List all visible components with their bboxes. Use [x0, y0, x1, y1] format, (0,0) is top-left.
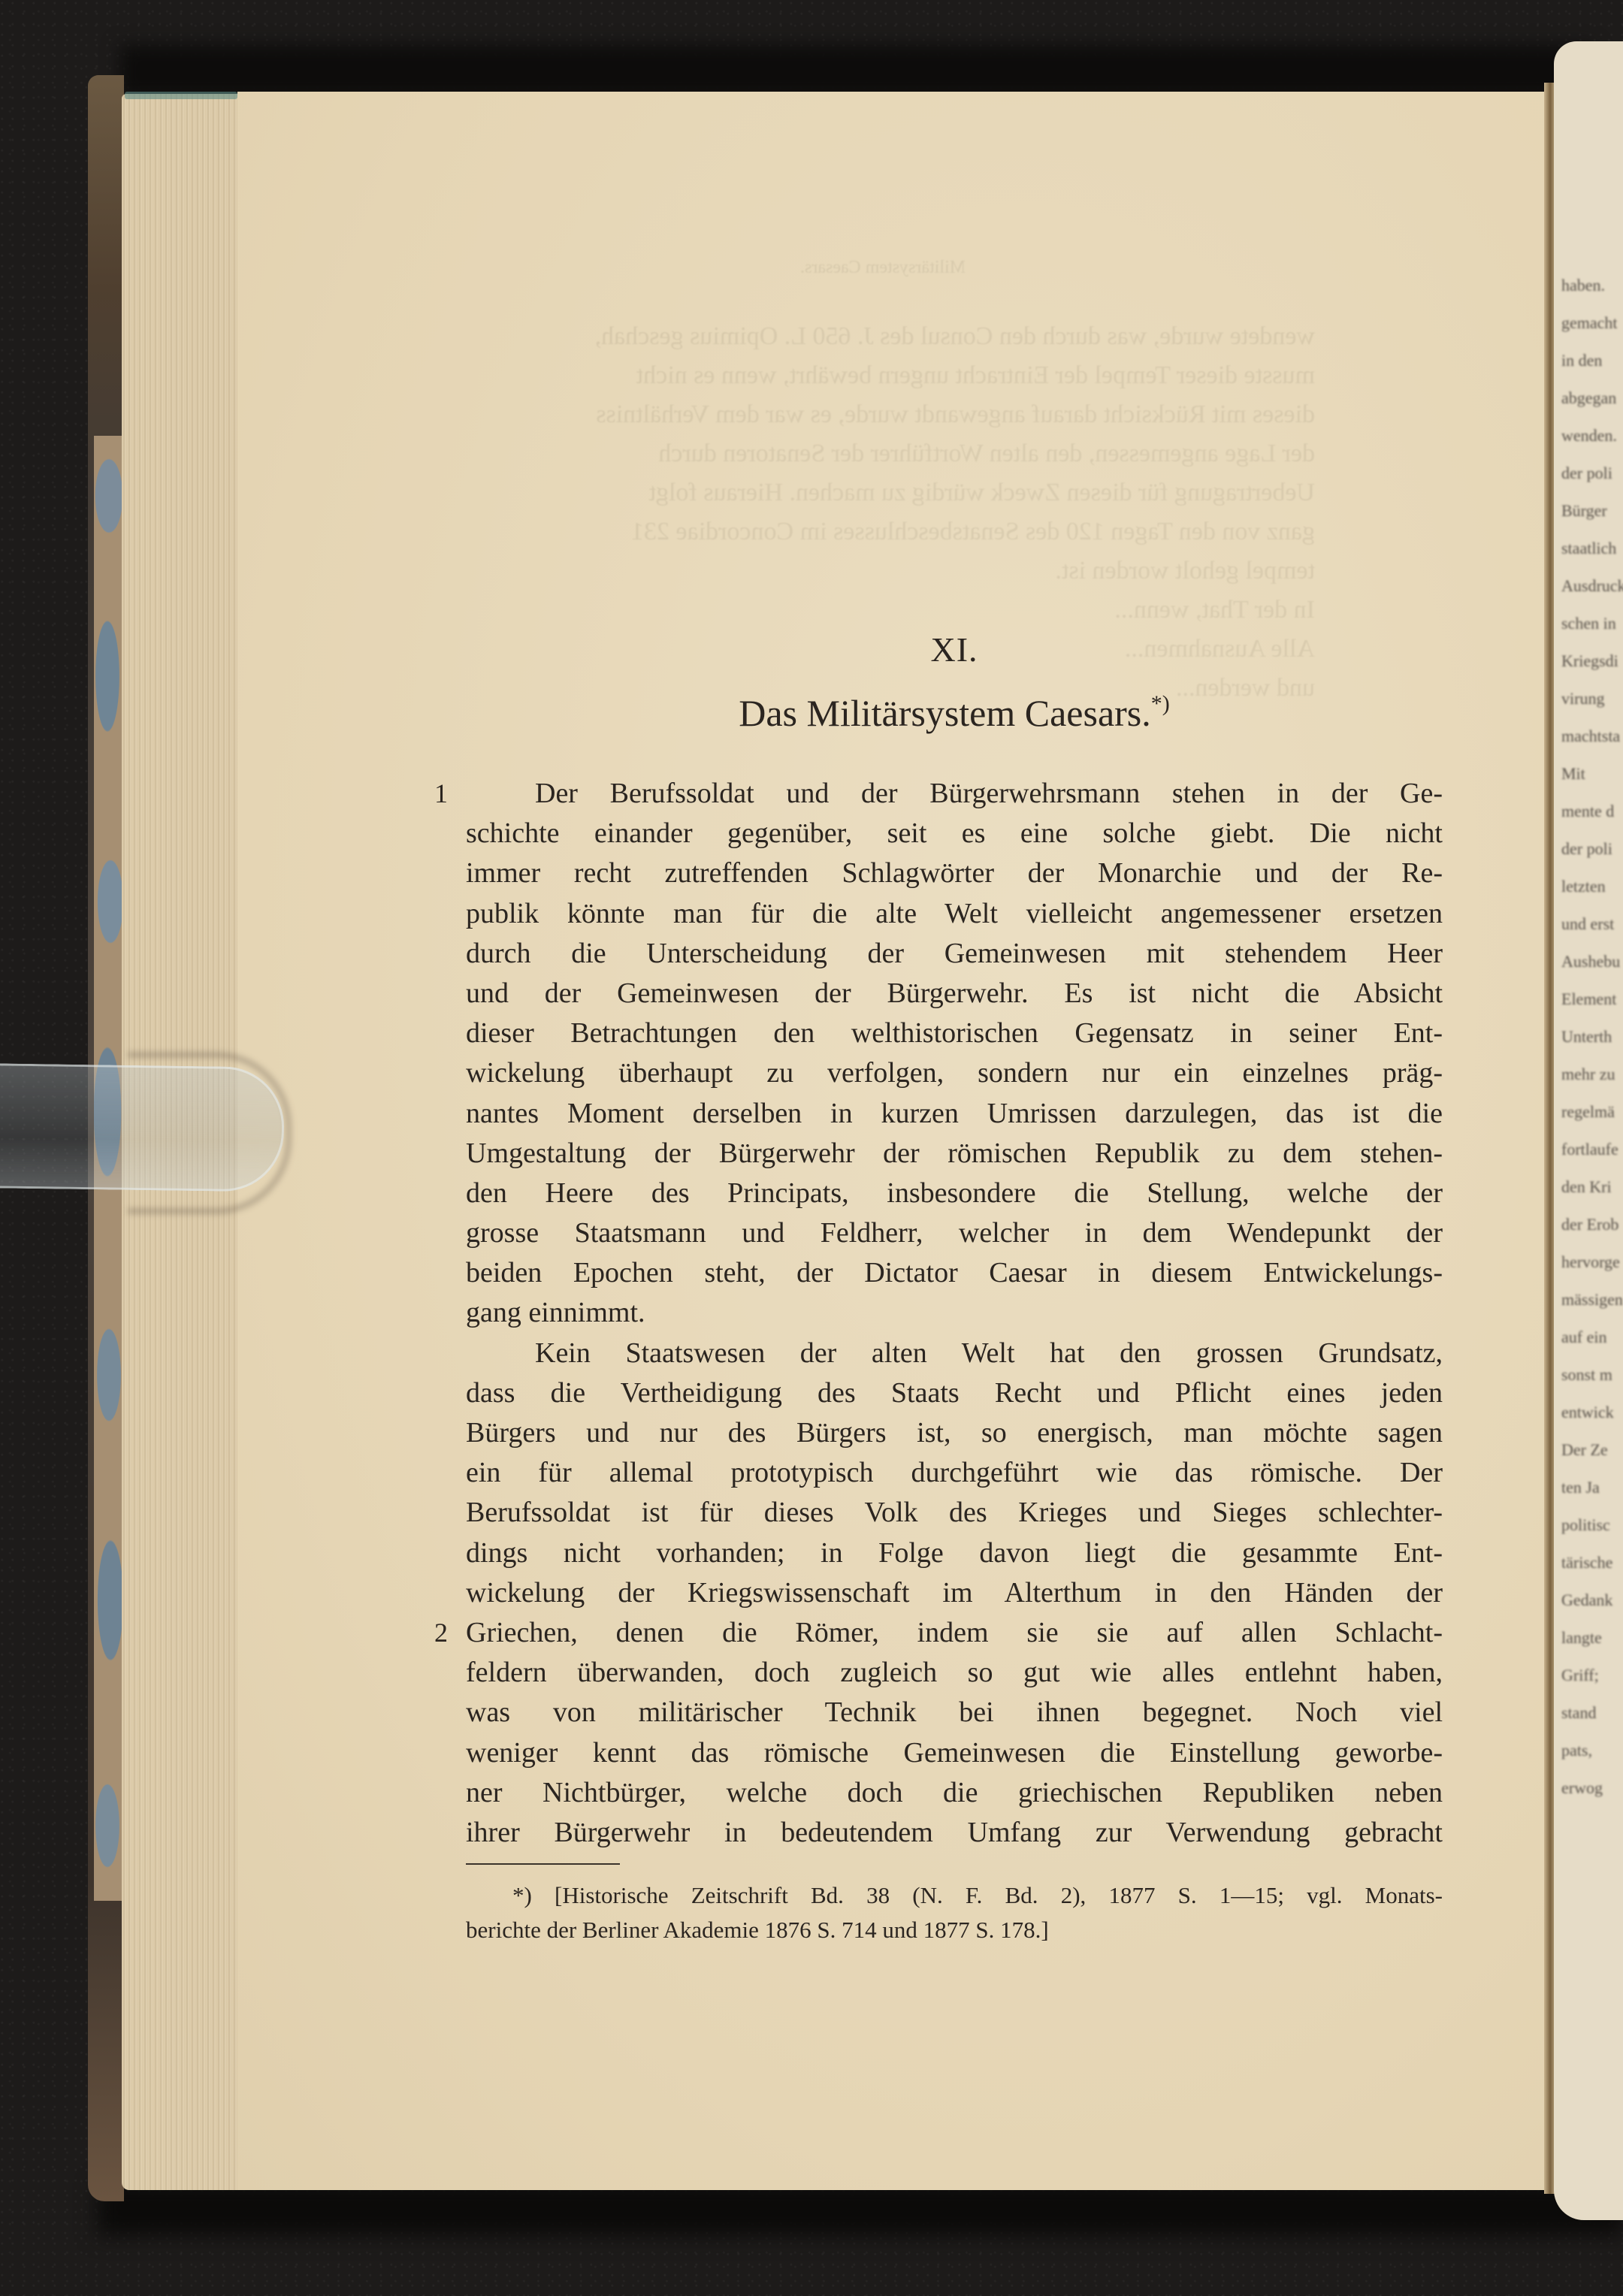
next-page-fragment: mente d — [1561, 793, 1623, 830]
book-shadow-bottom — [98, 2183, 1623, 2235]
next-page: haben.gemachtin denabgeganwenden.der pol… — [1554, 41, 1623, 2220]
text-line: dass die Vertheidigung des Staats Recht … — [466, 1373, 1443, 1413]
next-page-fragment: staatlich — [1561, 530, 1623, 567]
next-page-fragment: letzten — [1561, 868, 1623, 905]
next-page-fragment: politisc — [1561, 1506, 1623, 1544]
next-page-fragment: Bürger — [1561, 492, 1623, 530]
next-page-fragment: wenden. — [1561, 417, 1623, 455]
text-line: schichte einander gegenüber, seit es ein… — [466, 814, 1443, 853]
next-page-fragment: pats, — [1561, 1732, 1623, 1769]
text-line: Bürgers und nur des Bürgers ist, so ener… — [466, 1413, 1443, 1453]
next-page-fragment: der Erob — [1561, 1206, 1623, 1243]
next-page-fragment: Gedank — [1561, 1582, 1623, 1619]
text-line: Kein Staatswesen der alten Welt hat den … — [466, 1334, 1443, 1373]
text-line: wickelung der Kriegswissenschaft im Alte… — [466, 1573, 1443, 1613]
text-line: gang einnimmt. — [466, 1293, 1443, 1333]
text-line: und der Gemeinwesen der Bürgerwehr. Es i… — [466, 974, 1443, 1014]
text-line: was von militärischer Technik bei ihnen … — [466, 1693, 1443, 1733]
margin-line-number: 2 — [434, 1613, 448, 1653]
next-page-fragment: gemacht — [1561, 304, 1623, 342]
text-line: durch die Unterscheidung der Gemeinwesen… — [466, 934, 1443, 974]
bleed-header: Militärsystem Caesars. — [451, 248, 1315, 287]
next-page-fragment: schen in — [1561, 605, 1623, 642]
text-line: beiden Epochen steht, der Dictator Caesa… — [466, 1253, 1443, 1293]
next-page-fragment: machtsta — [1561, 717, 1623, 755]
next-page-fragment: Ausdruck — [1561, 567, 1623, 605]
next-page-fragment: mässigen — [1561, 1281, 1623, 1319]
next-page-fragment: regelmä — [1561, 1093, 1623, 1131]
footnote: *) [Historische Zeitschrift Bd. 38 (N. F… — [466, 1878, 1443, 1947]
next-page-fragment: Aushebu — [1561, 943, 1623, 980]
text-line: Umgestaltung der Bürgerwehr der römische… — [466, 1134, 1443, 1174]
page-edge-top-stain — [125, 92, 237, 99]
page-holder-clip — [0, 1063, 285, 1192]
next-page-fragment: der poli — [1561, 455, 1623, 492]
text-line: Berufssoldat ist für dieses Volk des Kri… — [466, 1493, 1443, 1533]
chapter-title: Das Militärsystem Caesars.*) — [466, 691, 1443, 735]
next-page-fragment: langte — [1561, 1619, 1623, 1657]
footnote-separator — [466, 1863, 620, 1865]
next-page-fragment: haben. — [1561, 267, 1623, 304]
next-page-fragment: und erst — [1561, 905, 1623, 943]
chapter-number: XI. — [466, 630, 1443, 669]
text-line: publik könnte man für die alte Welt viel… — [466, 894, 1443, 934]
next-page-text: haben.gemachtin denabgeganwenden.der pol… — [1561, 267, 1623, 1807]
next-page-fragment: ten Ja — [1561, 1469, 1623, 1506]
next-page-fragment: Kriegsdi — [1561, 642, 1623, 680]
text-line: Griechen, denen die Römer, indem sie sie… — [466, 1613, 1443, 1653]
margin-line-number: 1 — [434, 774, 448, 814]
next-page-fragment: auf ein — [1561, 1319, 1623, 1356]
next-page-fragment: entwick — [1561, 1394, 1623, 1431]
footnote-marker: *) — [1151, 691, 1170, 716]
text-line: nantes Moment derselben in kurzen Umriss… — [466, 1094, 1443, 1134]
text-line: ner Nichtbürger, welche doch die griechi… — [466, 1773, 1443, 1813]
next-page-fragment: Mit — [1561, 755, 1623, 793]
next-page-fragment: hervorge — [1561, 1243, 1623, 1281]
next-page-fragment: abgegan — [1561, 379, 1623, 417]
body-text: Der Berufssoldat und der Bürgerwehrsmann… — [466, 774, 1443, 1853]
text-line: immer recht zutreffenden Schlagwörter de… — [466, 853, 1443, 893]
footnote-line: berichte der Berliner Akademie 1876 S. 7… — [466, 1913, 1443, 1947]
text-line: ein für allemal prototypisch durchgeführ… — [466, 1453, 1443, 1493]
next-page-fragment: stand — [1561, 1694, 1623, 1732]
text-line: den Heere des Principats, insbesondere d… — [466, 1174, 1443, 1213]
next-page-fragment: erwog — [1561, 1769, 1623, 1807]
next-page-fragment: virung — [1561, 680, 1623, 717]
text-line: dings nicht vorhanden; in Folge davon li… — [466, 1533, 1443, 1573]
text-line: Der Berufssoldat und der Bürgerwehrsmann… — [466, 774, 1443, 814]
text-line: weniger kennt das römische Gemeinwesen d… — [466, 1733, 1443, 1773]
next-page-fragment: den Kri — [1561, 1168, 1623, 1206]
footnote-line: *) [Historische Zeitschrift Bd. 38 (N. F… — [466, 1878, 1443, 1913]
next-page-fragment: Element — [1561, 980, 1623, 1018]
text-line: ihrer Bürgerwehr in bedeutendem Umfang z… — [466, 1813, 1443, 1853]
next-page-fragment: tärische — [1561, 1544, 1623, 1582]
text-line: dieser Betrachtungen den welthistorische… — [466, 1014, 1443, 1053]
book-shadow-top — [120, 45, 1593, 98]
next-page-fragment: Unterth — [1561, 1018, 1623, 1056]
text-line: grosse Staatsmann und Feldherr, welcher … — [466, 1213, 1443, 1253]
next-page-fragment: mehr zu — [1561, 1056, 1623, 1093]
next-page-fragment: der poli — [1561, 830, 1623, 868]
next-page-fragment: Der Ze — [1561, 1431, 1623, 1469]
next-page-fragment: Griff; — [1561, 1657, 1623, 1694]
next-page-fragment: in den — [1561, 342, 1623, 379]
text-line: feldern überwanden, doch zugleich so gut… — [466, 1653, 1443, 1693]
text-line: wickelung überhaupt zu verfolgen, sonder… — [466, 1053, 1443, 1093]
next-page-fragment: sonst m — [1561, 1356, 1623, 1394]
next-page-fragment: fortlaufe — [1561, 1131, 1623, 1168]
